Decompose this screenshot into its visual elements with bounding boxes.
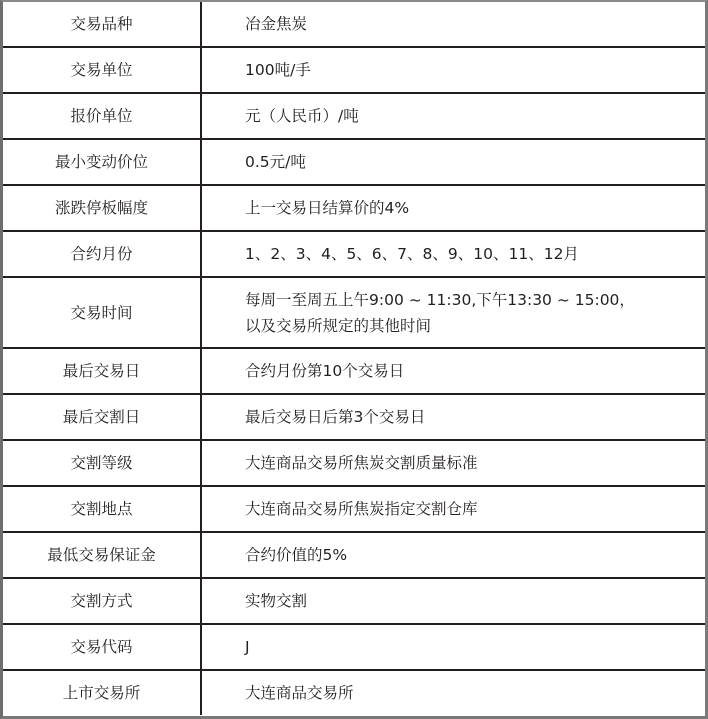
row-label: 交割地点 xyxy=(3,486,201,532)
table-row: 交易品种 冶金焦炭 xyxy=(3,2,705,47)
row-value: 合约价值的5% xyxy=(201,532,705,578)
row-label: 交易时间 xyxy=(3,277,201,348)
row-label: 报价单位 xyxy=(3,93,201,139)
table-row: 交易代码 J xyxy=(3,624,705,670)
row-value: 大连商品交易所焦炭指定交割仓库 xyxy=(201,486,705,532)
row-label: 最低交易保证金 xyxy=(3,532,201,578)
table-row: 涨跌停板幅度 上一交易日结算价的4% xyxy=(3,185,705,231)
row-value: J xyxy=(201,624,705,670)
row-label: 交易代码 xyxy=(3,624,201,670)
table-row: 交割地点 大连商品交易所焦炭指定交割仓库 xyxy=(3,486,705,532)
row-label: 最后交易日 xyxy=(3,348,201,394)
row-value-line1: 每周一至周五上午9:00 ~ 11:30,下午13:30 ~ 15:00， xyxy=(245,287,705,313)
table-row: 合约月份 1、2、3、4、5、6、7、8、9、10、11、12月 xyxy=(3,231,705,277)
contract-spec-table: 交易品种 冶金焦炭 交易单位 100吨/手 报价单位 元（人民币）/吨 最小变动… xyxy=(3,2,705,715)
table-row: 交易时间 每周一至周五上午9:00 ~ 11:30,下午13:30 ~ 15:0… xyxy=(3,277,705,348)
row-value: 大连商品交易所焦炭交割质量标准 xyxy=(201,440,705,486)
row-label: 交割方式 xyxy=(3,578,201,624)
table-row: 交割方式 实物交割 xyxy=(3,578,705,624)
row-value: 0.5元/吨 xyxy=(201,139,705,185)
row-value: 实物交割 xyxy=(201,578,705,624)
row-label: 交易单位 xyxy=(3,47,201,93)
row-value: 冶金焦炭 xyxy=(201,2,705,47)
row-value: 合约月份第10个交易日 xyxy=(201,348,705,394)
row-label: 交易品种 xyxy=(3,2,201,47)
row-label: 最后交割日 xyxy=(3,394,201,440)
row-value: 每周一至周五上午9:00 ~ 11:30,下午13:30 ~ 15:00， 以及… xyxy=(201,277,705,348)
table-row: 交割等级 大连商品交易所焦炭交割质量标准 xyxy=(3,440,705,486)
row-label: 涨跌停板幅度 xyxy=(3,185,201,231)
table-row: 最后交易日 合约月份第10个交易日 xyxy=(3,348,705,394)
table-row: 最小变动价位 0.5元/吨 xyxy=(3,139,705,185)
row-value: 大连商品交易所 xyxy=(201,670,705,715)
row-value: 元（人民币）/吨 xyxy=(201,93,705,139)
row-value: 上一交易日结算价的4% xyxy=(201,185,705,231)
row-value: 100吨/手 xyxy=(201,47,705,93)
table-row: 交易单位 100吨/手 xyxy=(3,47,705,93)
row-label: 上市交易所 xyxy=(3,670,201,715)
row-value: 1、2、3、4、5、6、7、8、9、10、11、12月 xyxy=(201,231,705,277)
table-row: 最后交割日 最后交易日后第3个交易日 xyxy=(3,394,705,440)
row-label: 最小变动价位 xyxy=(3,139,201,185)
table-row: 上市交易所 大连商品交易所 xyxy=(3,670,705,715)
table-row: 最低交易保证金 合约价值的5% xyxy=(3,532,705,578)
row-label: 合约月份 xyxy=(3,231,201,277)
row-value: 最后交易日后第3个交易日 xyxy=(201,394,705,440)
row-label: 交割等级 xyxy=(3,440,201,486)
table-row: 报价单位 元（人民币）/吨 xyxy=(3,93,705,139)
row-value-line2: 以及交易所规定的其他时间 xyxy=(245,313,705,339)
